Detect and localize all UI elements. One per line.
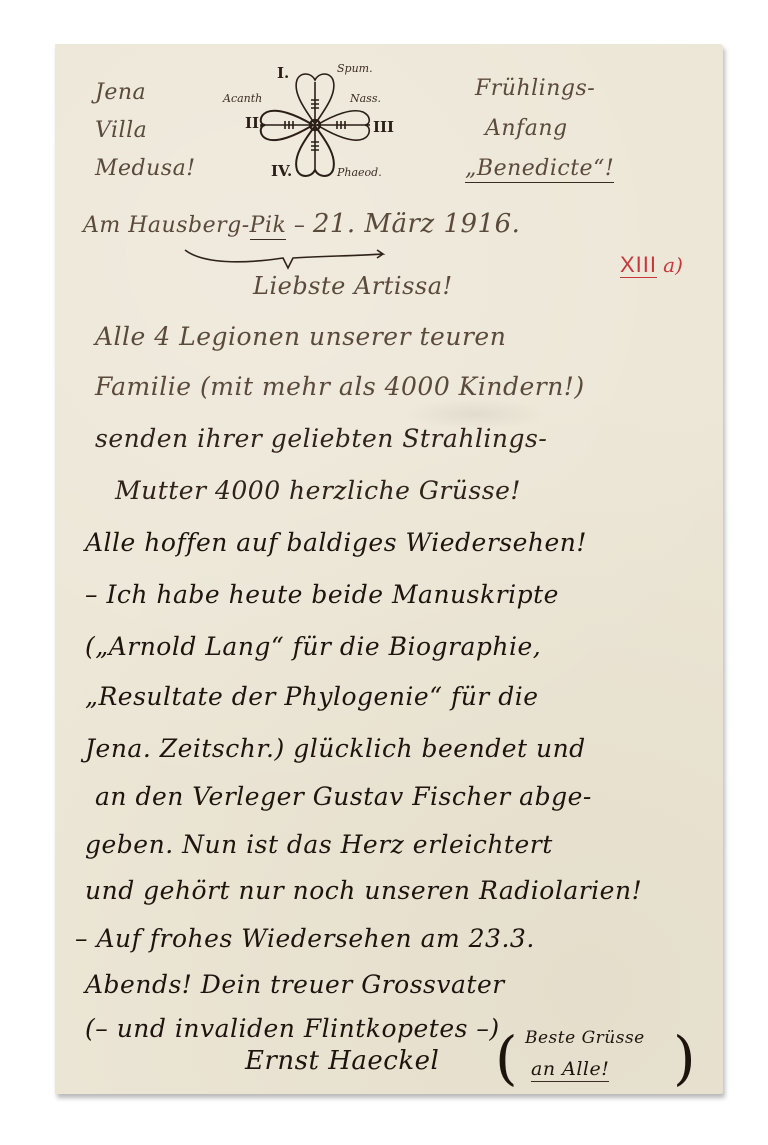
body-line-10: an den Verleger Gustav Fischer abge- (95, 782, 592, 811)
body-line-9: Jena. Zeitschr.) glücklich beendet und (85, 734, 586, 763)
body-line-15: (– und invaliden Flintkopetes –) (85, 1014, 500, 1043)
body-line-6: – Ich habe heute beide Manuskripte (85, 580, 559, 609)
body-line-13: – Auf frohes Wiedersehen am 23.3. (75, 924, 535, 953)
postscript-close-paren: ) (673, 1024, 696, 1092)
dateline-dash: – (294, 213, 306, 238)
emblem-numeral-3: III (373, 118, 394, 136)
place-line-medusa: Medusa! (95, 156, 196, 181)
emblem-label-nass: Nass. (350, 92, 381, 105)
dateline: Am Hausberg-Pik – 21. März 1916. (83, 209, 520, 239)
body-line-14: Abends! Dein treuer Grossvater (85, 970, 505, 999)
season-line-benedicte: „Benedicte“! (465, 156, 614, 183)
emblem-label-spum: Spum. (337, 62, 373, 75)
postscript-line-2: an Alle! (531, 1058, 609, 1082)
emblem-numeral-2: II. (245, 114, 264, 132)
dateline-date: 21. März 1916. (313, 209, 521, 239)
emblem-numeral-4: IV. (271, 162, 292, 180)
body-line-1: Alle 4 Legionen unserer teuren (95, 322, 506, 351)
body-line-11: geben. Nun ist das Herz erleichtert (85, 830, 553, 859)
postscript-open-paren: ( (495, 1024, 518, 1092)
emblem-label-phaeod: Phaeod. (337, 166, 382, 179)
body-line-2: Familie (mit mehr als 4000 Kindern!) (95, 372, 585, 401)
body-line-3: senden ihrer geliebten Strahlings- (95, 424, 547, 453)
body-line-8: „Resultate der Phylogenie“ für die (85, 682, 539, 711)
body-line-4: Mutter 4000 herzliche Grüsse! (115, 476, 521, 505)
archive-mark-suffix: a) (663, 253, 683, 277)
body-line-7: („Arnold Lang“ für die Biographie, (85, 632, 541, 661)
letter-paper: Jena Villa Medusa! (55, 44, 723, 1094)
postscript-block: ( Beste Grüsse an Alle! ) (495, 1022, 705, 1094)
body-line-5: Alle hoffen auf baldiges Wiedersehen! (85, 528, 587, 557)
body-line-12: und gehört nur noch unseren Radiolarien! (85, 876, 642, 905)
dateline-place: Am Hausberg- (83, 213, 250, 238)
season-line-anfang: Anfang (485, 116, 568, 141)
four-heart-leaf-emblem: I. II. III IV. Spum. Acanth Nass. Phaeod… (215, 62, 415, 187)
curly-brace-icon (183, 246, 393, 272)
emblem-label-acanth: Acanth (223, 92, 262, 105)
postscript-line-1: Beste Grüsse (525, 1028, 645, 1048)
archive-mark-numeral: XIII (620, 252, 657, 278)
dateline-place-underlined: Pik (250, 213, 287, 240)
archive-mark: XIII a) (620, 252, 683, 278)
emblem-numeral-1: I. (277, 64, 289, 82)
season-line-fruehlings: Frühlings- (475, 76, 595, 101)
salutation: Liebste Artissa! (253, 272, 453, 300)
place-line-jena: Jena (95, 80, 146, 105)
place-line-villa: Villa (95, 118, 147, 143)
signature: Ernst Haeckel (245, 1046, 439, 1076)
